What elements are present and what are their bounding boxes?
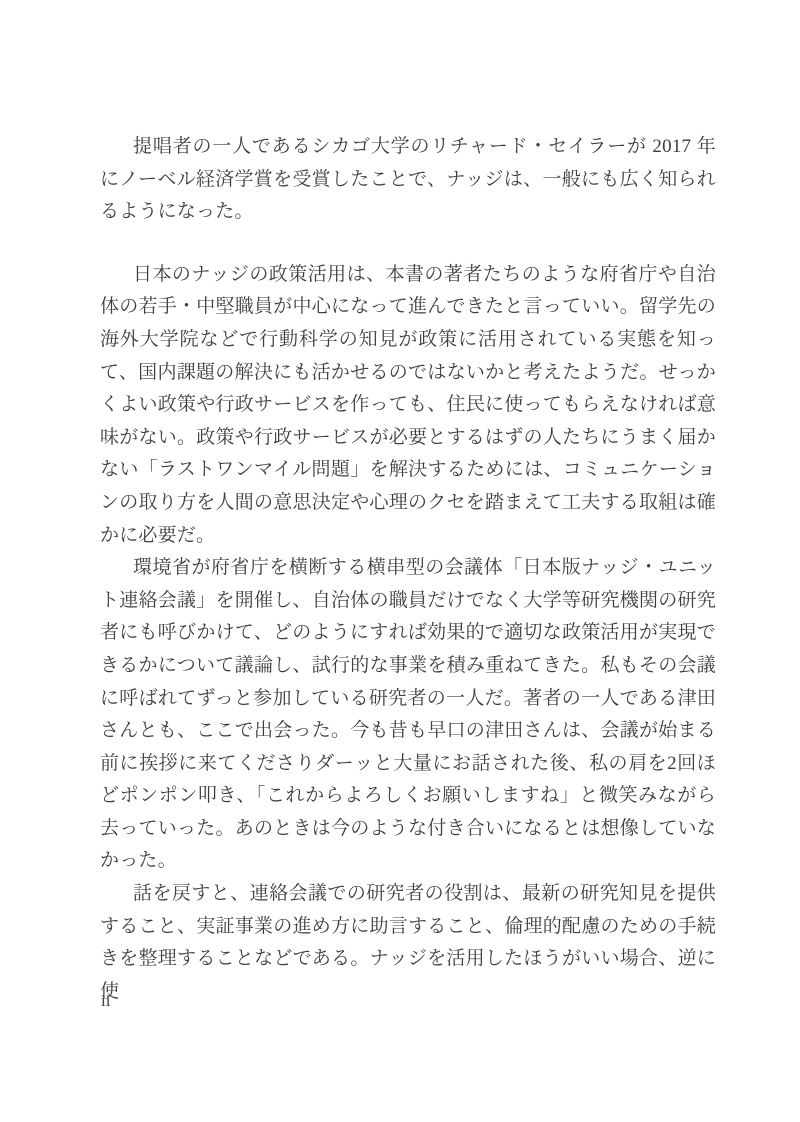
paragraph-nudge-unit-meeting: 環境省が府省庁を横断する横串型の会議体「日本版ナッジ・ユニット連絡会議」を開催し… xyxy=(100,552,716,878)
paragraph-researcher-role: 話を戻すと、連絡会議での研究者の役割は、最新の研究知見を提供すること、実証事業の… xyxy=(100,878,716,1008)
page-number: ii xyxy=(101,991,110,1011)
body-text: 提唱者の一人であるシカゴ大学のリチャード・セイラーが 2017 年にノーベル経済… xyxy=(100,131,716,1008)
paragraph-nudge-nobel: 提唱者の一人であるシカゴ大学のリチャード・セイラーが 2017 年にノーベル経済… xyxy=(100,131,716,229)
paragraph-japan-policy: 日本のナッジの政策活用は、本書の著者たちのような府省庁や自治体の若手・中堅職員が… xyxy=(100,259,716,552)
book-page: 提唱者の一人であるシカゴ大学のリチャード・セイラーが 2017 年にノーベル経済… xyxy=(0,0,800,1122)
